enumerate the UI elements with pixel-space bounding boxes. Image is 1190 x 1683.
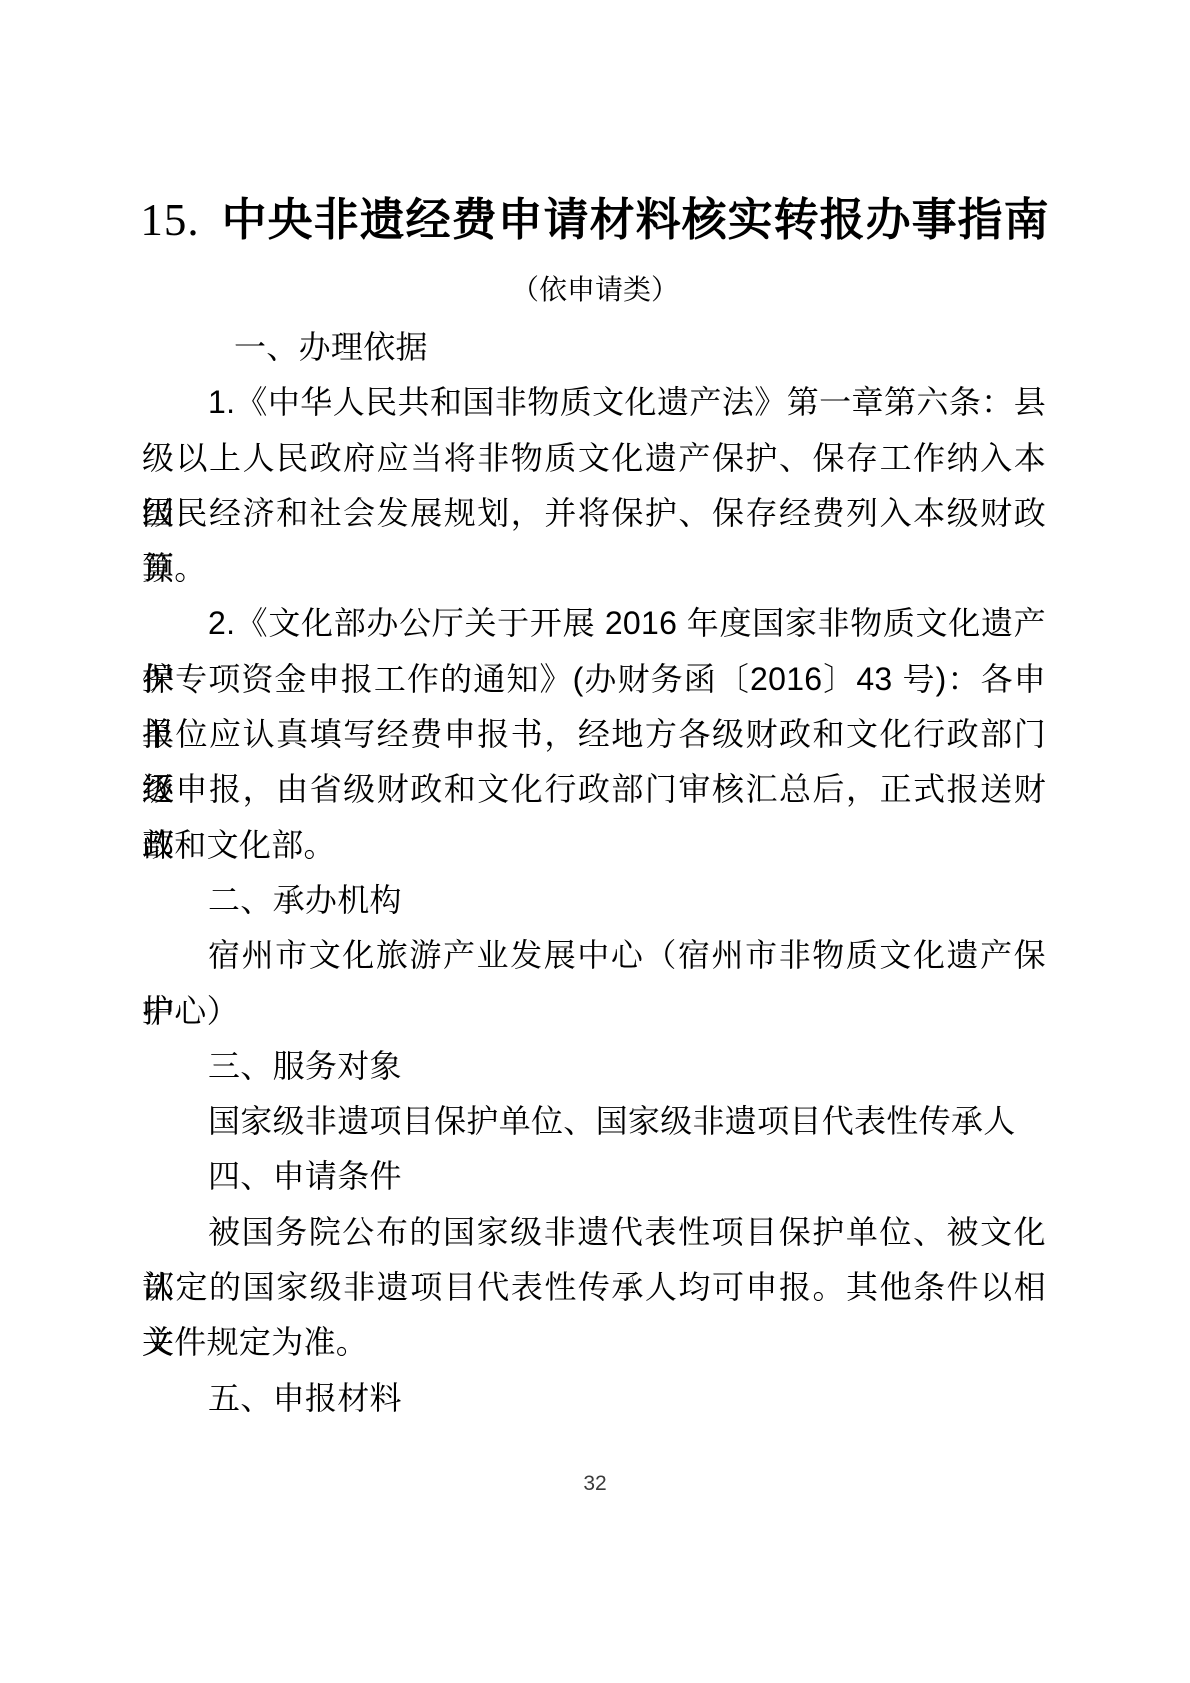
section-heading-1: 一、办理依据 (142, 320, 1046, 375)
section-heading-2: 二、承办机构 (142, 873, 1046, 928)
paragraph-line: 级以上人民政府应当将非物质文化遗产保护、保存工作纳入本级 (142, 431, 1046, 486)
document-title: 15.中央非遗经费申请材料核实转报办事指南 (0, 192, 1190, 248)
page-number: 32 (0, 1472, 1190, 1496)
paragraph-line: 文件规定为准。 (142, 1315, 1046, 1370)
section-heading-4: 四、申请条件 (142, 1149, 1046, 1204)
paragraph-line: 被国务院公布的国家级非遗代表性项目保护单位、被文化部 (142, 1205, 1046, 1260)
paragraph-line: 1.《中华人民共和国非物质文化遗产法》第一章第六条：县 (142, 375, 1046, 430)
document-title-number: 15. (140, 195, 199, 245)
document-subtitle: （依申请类） (0, 273, 1190, 307)
paragraph-line: 2.《文化部办公厅关于开展 2016 年度国家非物质文化遗产保 (142, 596, 1046, 651)
paragraph-line: 级申报，由省级财政和文化行政部门审核汇总后，正式报送财政 (142, 762, 1046, 817)
paragraph-line: 中心） (142, 984, 1046, 1039)
paragraph-line: 单位应认真填写经费申报书，经地方各级财政和文化行政部门逐 (142, 707, 1046, 762)
paragraph-line: 国家级非遗项目保护单位、国家级非遗项目代表性传承人 (142, 1094, 1046, 1149)
document-page: 15.中央非遗经费申请材料核实转报办事指南 （依申请类） 一、办理依据 1.《中… (0, 0, 1190, 1683)
paragraph-line: 部和文化部。 (142, 818, 1046, 873)
paragraph-line: 宿州市文化旅游产业发展中心（宿州市非物质文化遗产保护 (142, 928, 1046, 983)
document-title-text: 中央非遗经费申请材料核实转报办事指南 (222, 195, 1050, 245)
paragraph-line: 认定的国家级非遗项目代表性传承人均可申报。其他条件以相关 (142, 1260, 1046, 1315)
paragraph-line: 护专项资金申报工作的通知》(办财务函〔2016〕43 号)：各申报 (142, 652, 1046, 707)
paragraph-line: 算。 (142, 541, 1046, 596)
section-heading-3: 三、服务对象 (142, 1039, 1046, 1094)
document-body: 一、办理依据 1.《中华人民共和国非物质文化遗产法》第一章第六条：县 级以上人民… (142, 320, 1046, 1426)
section-heading-5: 五、申报材料 (142, 1371, 1046, 1426)
paragraph-line: 国民经济和社会发展规划，并将保护、保存经费列入本级财政预 (142, 486, 1046, 541)
